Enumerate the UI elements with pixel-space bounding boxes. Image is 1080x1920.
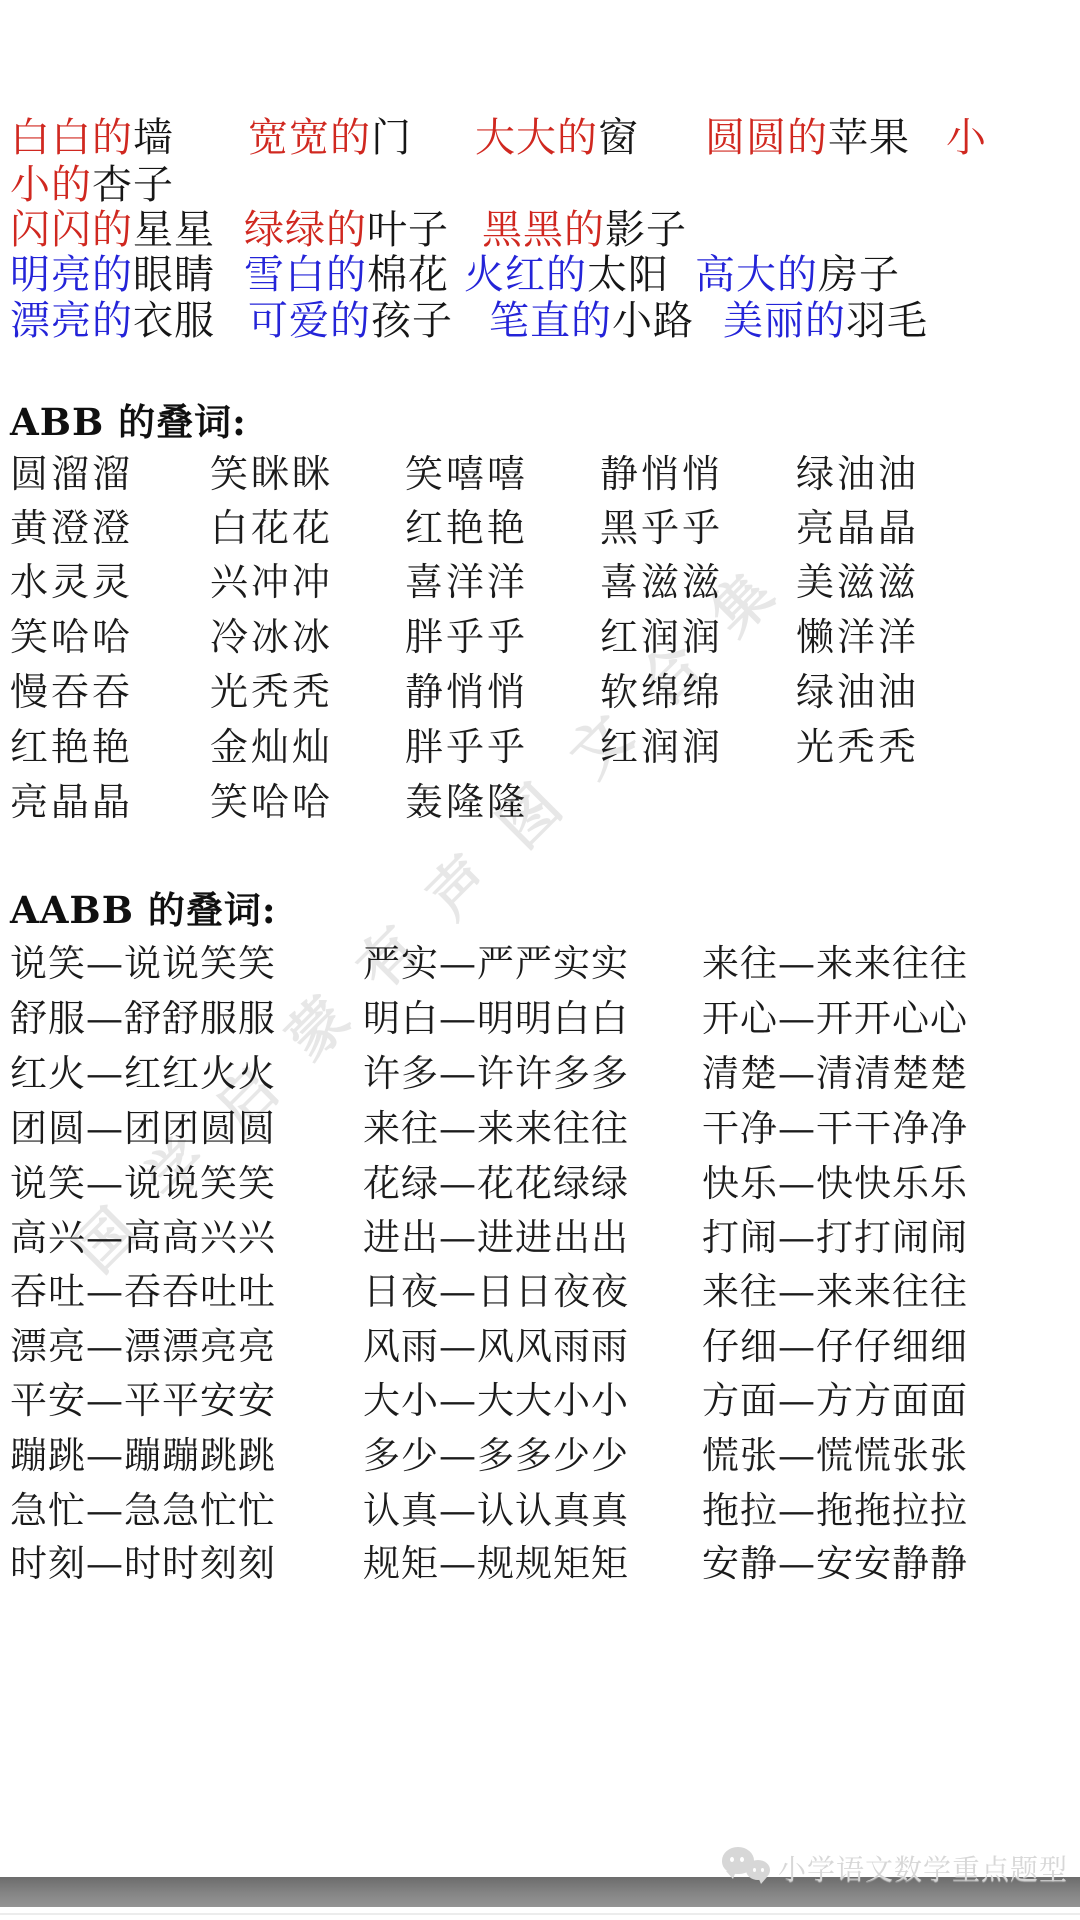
aabb-item: 急忙—急急忙忙 — [10, 1480, 276, 1534]
aabb-item: 多少—多多少少 — [363, 1425, 629, 1479]
aabb-item: 慌张—慌慌张张 — [702, 1425, 968, 1479]
phrase-modifier: 笔直的 — [489, 298, 612, 344]
abb-word: 懒洋洋 — [796, 606, 919, 661]
phrase-noun: 门 — [371, 115, 412, 161]
footer-brand-text: 小学语文数学重点题型 — [778, 1848, 1068, 1888]
phrase-modifier: 美丽的 — [723, 298, 846, 344]
aabb-item: 平安—平平安安 — [10, 1370, 276, 1424]
abb-word: 黑乎乎 — [600, 497, 723, 552]
aabb-item: 仔细—仔仔细细 — [702, 1316, 968, 1370]
footer-brand: 小学语文数学重点题型 — [722, 1846, 1068, 1890]
abb-word: 白花花 — [210, 497, 333, 552]
phrase-word: 小 — [946, 106, 987, 163]
phrase-noun: 孩子 — [371, 298, 453, 344]
abb-word: 笑嘻嘻 — [405, 443, 528, 498]
aabb-item: 蹦跳—蹦蹦跳跳 — [10, 1425, 276, 1479]
aabb-item: 来往—来来往往 — [702, 1261, 968, 1315]
aabb-item: 快乐—快快乐乐 — [702, 1153, 968, 1207]
abb-word: 胖乎乎 — [405, 716, 528, 771]
aabb-item: 进出—进进出出 — [363, 1207, 629, 1261]
abb-word: 笑哈哈 — [210, 771, 333, 826]
abb-word: 绿油油 — [796, 661, 919, 716]
aabb-item: 打闹—打打闹闹 — [702, 1207, 968, 1261]
abb-word: 亮晶晶 — [10, 771, 133, 826]
aabb-item: 规矩—规规矩矩 — [363, 1533, 629, 1587]
abb-word: 圆溜溜 — [10, 443, 133, 498]
abb-word: 静悄悄 — [405, 661, 528, 716]
aabb-item: 风雨—风风雨雨 — [363, 1316, 629, 1370]
abb-word: 冷冰冰 — [210, 606, 333, 661]
abb-word: 轰隆隆 — [405, 771, 528, 826]
aabb-item: 清楚—清清楚楚 — [702, 1043, 968, 1097]
abb-word: 红艳艳 — [405, 497, 528, 552]
abb-word: 笑眯眯 — [210, 443, 333, 498]
abb-word: 喜洋洋 — [405, 551, 528, 606]
aabb-item: 严实—严严实实 — [363, 933, 629, 987]
abb-section-heading: ABB 的叠词: — [10, 392, 247, 446]
phrase-word: 笔直的小路 — [489, 289, 694, 346]
aabb-item: 明白—明明白白 — [363, 988, 629, 1042]
aabb-item: 说笑—说说笑笑 — [10, 933, 276, 987]
phrase-modifier: 小 — [946, 115, 987, 161]
aabb-item: 开心—开开心心 — [702, 988, 968, 1042]
abb-word: 胖乎乎 — [405, 606, 528, 661]
phrase-modifier: 大大的 — [475, 115, 598, 161]
aabb-item: 舒服—舒舒服服 — [10, 988, 276, 1042]
aabb-item: 红火—红红火火 — [10, 1043, 276, 1097]
aabb-item: 许多—许许多多 — [363, 1043, 629, 1097]
aabb-item: 漂亮—漂漂亮亮 — [10, 1316, 276, 1370]
aabb-item: 吞吐—吞吞吐吐 — [10, 1261, 276, 1315]
phrase-word: 宽宽的门 — [248, 106, 412, 163]
abb-word: 光秃秃 — [210, 661, 333, 716]
phrase-noun: 羽毛 — [846, 298, 928, 344]
phrase-noun: 苹果 — [828, 115, 910, 161]
aabb-item: 干净—干干净净 — [702, 1098, 968, 1152]
aabb-item: 来往—来来往往 — [363, 1098, 629, 1152]
phrase-modifier: 可爱的 — [248, 298, 371, 344]
aabb-item: 认真—认认真真 — [363, 1480, 629, 1534]
aabb-item: 团圆—团团圆圆 — [10, 1098, 276, 1152]
phrase-word: 可爱的孩子 — [248, 289, 453, 346]
phrase-modifier: 圆圆的 — [705, 115, 828, 161]
aabb-section-heading: AABB 的叠词: — [10, 880, 277, 934]
aabb-item: 安静—安安静静 — [702, 1533, 968, 1587]
wechat-bubbles-icon — [722, 1847, 772, 1889]
abb-word: 红润润 — [600, 716, 723, 771]
phrase-modifier: 漂亮的 — [10, 298, 133, 344]
abb-word: 光秃秃 — [796, 716, 919, 771]
aabb-item: 来往—来来往往 — [702, 933, 968, 987]
abb-word: 亮晶晶 — [796, 497, 919, 552]
abb-word: 兴冲冲 — [210, 551, 333, 606]
abb-word: 静悄悄 — [600, 443, 723, 498]
worksheet-page: 国学启蒙有声图文合集 白白的墙宽宽的门大大的窗圆圆的苹果小小的杏子闪闪的星星绿绿… — [0, 0, 1080, 1920]
phrase-noun: 窗 — [598, 115, 639, 161]
aabb-item: 高兴—高高兴兴 — [10, 1207, 276, 1261]
abb-word: 慢吞吞 — [10, 661, 133, 716]
abb-word: 红润润 — [600, 606, 723, 661]
abb-word: 软绵绵 — [600, 661, 723, 716]
phrase-word: 漂亮的衣服 — [10, 289, 215, 346]
phrase-word: 美丽的羽毛 — [723, 289, 928, 346]
abb-word: 红艳艳 — [10, 716, 133, 771]
abb-word: 喜滋滋 — [600, 551, 723, 606]
aabb-item: 日夜—日日夜夜 — [363, 1261, 629, 1315]
abb-word: 水灵灵 — [10, 551, 133, 606]
aabb-item: 时刻—时时刻刻 — [10, 1533, 276, 1587]
abb-word: 黄澄澄 — [10, 497, 133, 552]
abb-word: 笑哈哈 — [10, 606, 133, 661]
aabb-item: 拖拉—拖拖拉拉 — [702, 1480, 968, 1534]
aabb-item: 说笑—说说笑笑 — [10, 1153, 276, 1207]
aabb-item: 大小—大大小小 — [363, 1370, 629, 1424]
phrase-noun: 小路 — [612, 298, 694, 344]
abb-word: 绿油油 — [796, 443, 919, 498]
bottom-hairline — [0, 1913, 1080, 1915]
abb-word: 美滋滋 — [796, 551, 919, 606]
phrase-modifier: 宽宽的 — [248, 115, 371, 161]
phrase-word: 大大的窗 — [475, 106, 639, 163]
aabb-item: 方面—方方面面 — [702, 1370, 968, 1424]
phrase-word: 圆圆的苹果 — [705, 106, 910, 163]
abb-word: 金灿灿 — [210, 716, 333, 771]
phrase-noun: 衣服 — [133, 298, 215, 344]
aabb-item: 花绿—花花绿绿 — [363, 1153, 629, 1207]
